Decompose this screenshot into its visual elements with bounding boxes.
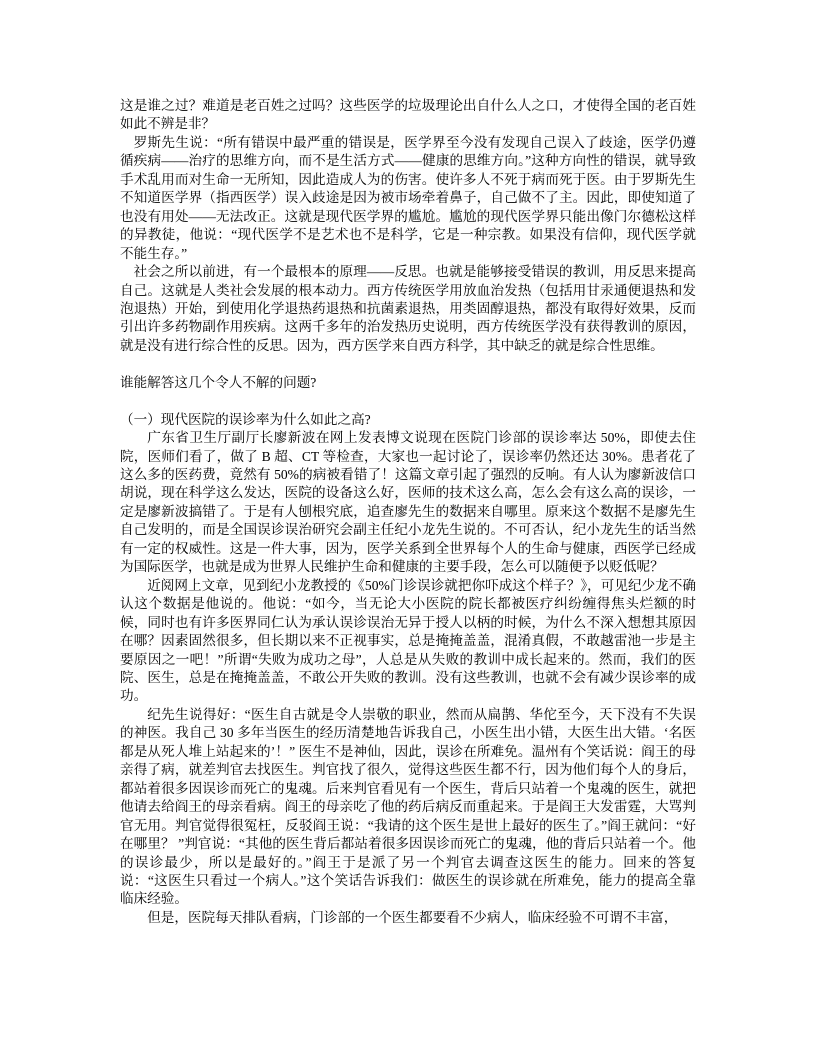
- blank-line: [120, 392, 696, 410]
- text-content: 这是谁之过？难道是老百姓之过吗？这些医学的垃圾理论出自什么人之口，才使得全国的老…: [120, 97, 696, 927]
- paragraph-8: 广东省卫生厅副厅长廖新波在网上发表博文说现在医院门诊部的误诊率达 50%，即使去…: [120, 429, 696, 577]
- blank-line: [120, 355, 696, 373]
- paragraph-9: 近阅网上文章，见到纪小龙教授的《50%门诊误诊就把你吓成这个样子？》，可见纪少龙…: [120, 577, 696, 706]
- paragraph-11: 但是，医院每天排队看病，门诊部的一个医生都要看不少病人，临床经验不可谓不丰富，: [120, 909, 696, 927]
- paragraph-7: （一）现代医院的误诊率为什么如此之高?: [120, 411, 696, 429]
- paragraph-1: 这是谁之过？难道是老百姓之过吗？这些医学的垃圾理论出自什么人之口，才使得全国的老…: [120, 97, 696, 134]
- paragraph-10: 纪先生说得好：“医生自古就是令人崇敬的职业，然而从扁鹊、华佗至今，天下没有不失误…: [120, 706, 696, 909]
- paragraph-2: 罗斯先生说：“所有错误中最严重的错误是，医学界至今没有发现自己误入了歧途，医学仍…: [120, 134, 696, 263]
- paragraph-3: 社会之所以前进，有一个最根本的原理——反思。也就是能够接受错误的教训，用反思来提…: [120, 263, 696, 355]
- document-page: 这是谁之过？难道是老百姓之过吗？这些医学的垃圾理论出自什么人之口，才使得全国的老…: [0, 0, 816, 1056]
- paragraph-5: 谁能解答这几个令人不解的问题?: [120, 374, 696, 392]
